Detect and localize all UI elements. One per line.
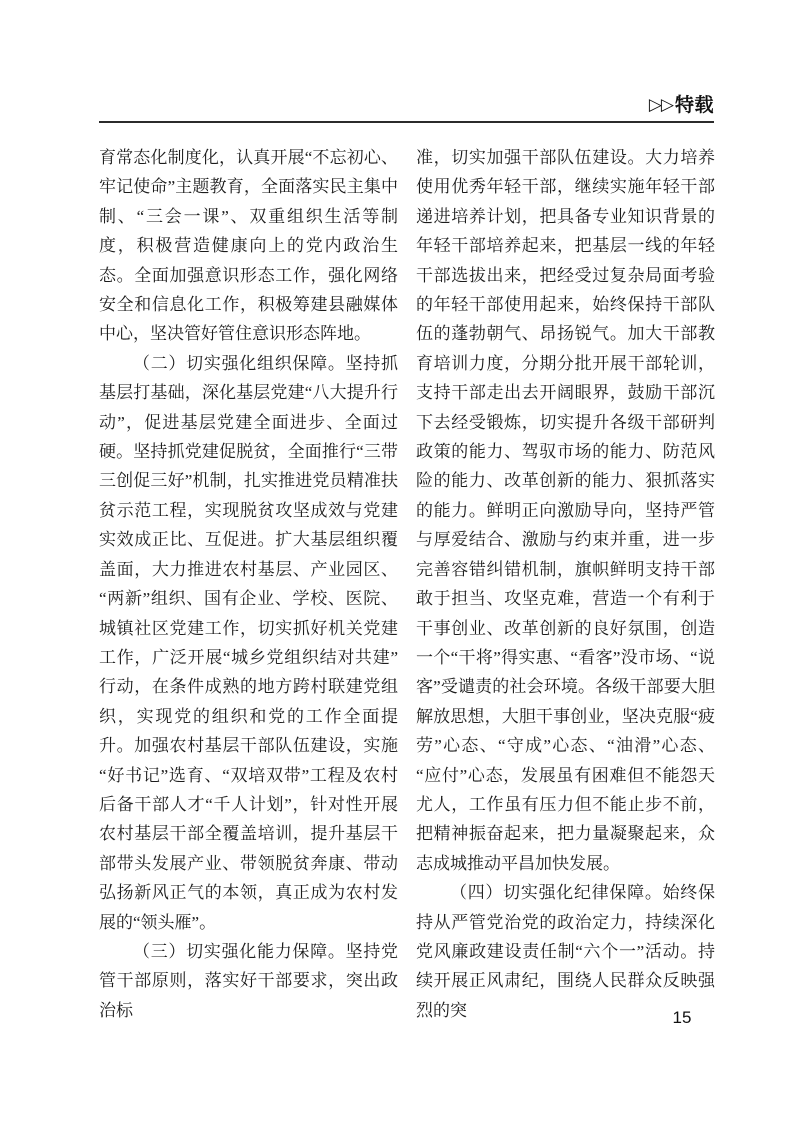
section-tag: ▷▷特载 — [649, 96, 714, 116]
text-column-right: 准，切实加强干部队伍建设。大力培养使用优秀年轻干部，继续实施年轻干部递进培养计划… — [416, 143, 715, 1025]
paragraph-continuation: 育常态化制度化，认真开展“不忘初心、牢记使命”主题教育，全面落实民主集中制、“三… — [99, 143, 398, 349]
magazine-page: ▷▷特载 育常态化制度化，认真开展“不忘初心、牢记使命”主题教育，全面落实民主集… — [0, 0, 793, 1122]
text-column-left: 育常态化制度化，认真开展“不忘初心、牢记使命”主题教育，全面落实民主集中制、“三… — [99, 143, 398, 1025]
double-triangle-icon: ▷▷ — [649, 95, 673, 114]
paragraph-section-2: （二）切实强化组织保障。坚持抓基层打基础，深化基层党建“八大提升行动”，促进基层… — [99, 349, 398, 937]
paragraph-continuation: 准，切实加强干部队伍建设。大力培养使用优秀年轻干部，继续实施年轻干部递进培养计划… — [416, 143, 715, 878]
page-number: 15 — [660, 1006, 704, 1030]
page-header: ▷▷特载 — [99, 96, 714, 123]
paragraph-section-3: （三）切实强化能力保障。坚持党管干部原则，落实好干部要求，突出政治标 — [99, 937, 398, 1025]
article-body: 育常态化制度化，认真开展“不忘初心、牢记使命”主题教育，全面落实民主集中制、“三… — [99, 143, 714, 1025]
section-tag-label: 特载 — [675, 95, 714, 116]
paragraph-section-4: （四）切实强化纪律保障。始终保持从严管党治党的政治定力，持续深化党风廉政建设责任… — [416, 878, 715, 1025]
